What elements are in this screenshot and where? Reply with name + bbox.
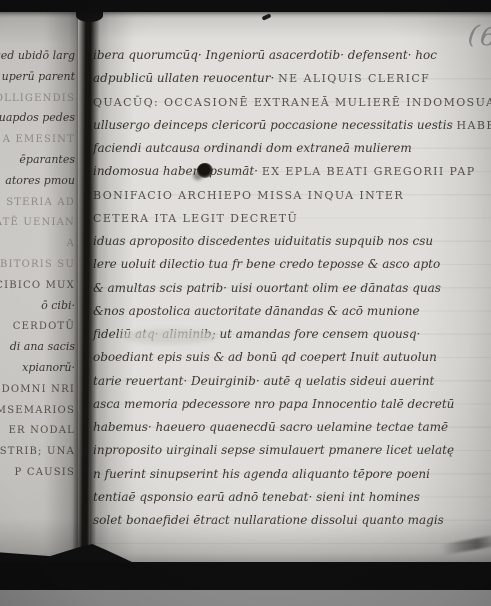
minuscule-text: faciendi autcausa ordinandi dom extraneā… bbox=[93, 141, 412, 155]
manuscript-line-text: xpianorū· bbox=[22, 356, 75, 379]
minuscule-text: & amultas scis patrib· uisi ouortant oli… bbox=[93, 281, 441, 295]
rubric-capitals-text: A EMESINT bbox=[3, 134, 75, 145]
manuscript-line: T CIBICO MUX bbox=[0, 273, 78, 294]
minuscule-text: atores pmou bbox=[5, 174, 75, 187]
right-page: ibera quorumcūq· Ingeniorū asacerdotib· … bbox=[90, 12, 491, 564]
manuscript-line: ibera quorumcūq· Ingeniorū asacerdotib· … bbox=[93, 42, 491, 65]
minuscule-text: ēparantes bbox=[19, 153, 75, 166]
minuscule-text: quapdos pedes bbox=[0, 111, 75, 124]
manuscript-line-text: sed ubidō larg bbox=[0, 44, 75, 67]
minuscule-text: habemus· haeuero quaenecdū sacro uelamin… bbox=[93, 420, 448, 434]
minuscule-text: asca memoria pdecessore nro papa Innocen… bbox=[93, 397, 454, 411]
manuscript-line: xpianorū· bbox=[0, 356, 78, 377]
minuscule-text: ullusergo deinceps clericorū poccasione … bbox=[93, 118, 457, 132]
rubric-capitals-text: BITORIS SU bbox=[0, 259, 75, 270]
left-page: sed ubidō larguperū parentOLLIGENDISquap… bbox=[0, 12, 78, 560]
manuscript-line: A bbox=[0, 231, 78, 252]
rubric-capitals-text: P CAUSIS bbox=[15, 467, 75, 478]
rubric-capitals-text: USTRIB; UNA bbox=[0, 446, 75, 457]
rubric-capitals-text: ER NODAL bbox=[9, 425, 75, 436]
minuscule-text: sed ubidō larg bbox=[0, 49, 75, 62]
manuscript-line: habemus· haeuero quaenecdū sacro uelamin… bbox=[93, 414, 491, 437]
manuscript-line-text: di ana sacis bbox=[10, 335, 75, 358]
manuscript-line: &nos apostolica auctoritate dānandas & a… bbox=[93, 298, 491, 321]
rubric-capitals-text: T CIBICO MUX bbox=[0, 280, 75, 291]
scan-bottom-gray-strip bbox=[0, 590, 491, 606]
minuscule-text: xpianorū· bbox=[22, 361, 75, 374]
rubric-capitals-text: STERIA AD bbox=[6, 197, 75, 208]
manuscript-line: BITORIS SU bbox=[0, 252, 78, 273]
manuscript-line: adpublicū ullaten reuocentur· NE ALIQUIS… bbox=[93, 65, 491, 88]
manuscript-line: ō cibi· bbox=[0, 294, 78, 315]
manuscript-line: CETERA ITA LEGIT DECRETŪ bbox=[93, 205, 491, 228]
minuscule-text: inproposito uirginali sepse simulauert p… bbox=[93, 443, 454, 457]
manuscript-line: OLLIGENDIS bbox=[0, 86, 78, 107]
rubric-capitals-text: DOMNI NRI bbox=[2, 384, 75, 395]
manuscript-line: A EMESINT bbox=[0, 127, 78, 148]
manuscript-line: iduas aproposito discedentes uiduitatis … bbox=[93, 228, 491, 251]
manuscript-line: indomosua habere psumāt· EX EPLA BEATI G… bbox=[93, 158, 491, 181]
manuscript-line: faciendi autcausa ordinandi dom extraneā… bbox=[93, 135, 491, 158]
minuscule-text: indomosua habere psumāt· bbox=[93, 164, 262, 178]
manuscript-line-text: quapdos pedes bbox=[0, 106, 75, 129]
manuscript-line: tarie reuertant· Deuirginib· autē q uela… bbox=[93, 368, 491, 391]
minuscule-text: n fuerint sinupserint his agenda aliquan… bbox=[93, 467, 430, 481]
manuscript-line: ER NODAL bbox=[0, 418, 78, 439]
manuscript-line: EMSEMARIOS bbox=[0, 398, 78, 419]
rubric-capitals-text: TATĒ UENIAN bbox=[0, 217, 75, 228]
minuscule-text: oboediant epis suis & ad bonū qd coepert… bbox=[93, 350, 437, 364]
manuscript-line-text: atores pmou bbox=[5, 169, 75, 192]
manuscript-line: DOMNI NRI bbox=[0, 377, 78, 398]
rubric-capitals-text: EMSEMARIOS bbox=[0, 405, 75, 416]
minuscule-text: solet bonaefidei ētract nullaratione dis… bbox=[93, 513, 444, 527]
rubric-capitals-text: QUACŪQ: OCCASIONĒ EXTRANEĀ MULIERĒ INDOM… bbox=[93, 96, 491, 109]
minuscule-text: tarie reuertant· Deuirginib· autē q uela… bbox=[93, 374, 434, 388]
manuscript-line: oboediant epis suis & ad bonū qd coepert… bbox=[93, 344, 491, 367]
rubric-capitals-text: NE ALIQUIS CLERICF bbox=[278, 72, 430, 85]
manuscript-line: TATĒ UENIAN bbox=[0, 210, 78, 231]
rubric-capitals-text: BONIFACIO ARCHIEPO MISSA INQUA INTER bbox=[93, 189, 404, 202]
manuscript-line: STERIA AD bbox=[0, 190, 78, 211]
manuscript-line-text: P CAUSIS bbox=[15, 460, 75, 484]
manuscript-line: USTRIB; UNA bbox=[0, 439, 78, 460]
ink-blot bbox=[197, 163, 213, 178]
manuscript-photo: sed ubidō larguperū parentOLLIGENDISquap… bbox=[0, 0, 491, 606]
manuscript-line-text: ēparantes bbox=[19, 148, 75, 171]
minuscule-text: ibera quorumcūq· Ingeniorū asacerdotib· … bbox=[93, 48, 437, 62]
rubric-capitals-text: CERDOTŪ bbox=[13, 321, 75, 332]
minuscule-text: uperū parent bbox=[2, 70, 75, 83]
manuscript-line: inproposito uirginali sepse simulauert p… bbox=[93, 437, 491, 460]
manuscript-line: & amultas scis patrib· uisi ouortant oli… bbox=[93, 275, 491, 298]
right-page-text-column: ibera quorumcūq· Ingeniorū asacerdotib· … bbox=[90, 12, 491, 530]
manuscript-line: di ana sacis bbox=[0, 335, 78, 356]
rubric-capitals-text: EX EPLA BEATI GREGORII PAP bbox=[262, 165, 476, 178]
scan-top-edge-band bbox=[0, 0, 491, 12]
manuscript-line: QUACŪQ: OCCASIONĒ EXTRANEĀ MULIERĒ INDOM… bbox=[93, 89, 491, 112]
minuscule-text: iduas aproposito discedentes uiduitatis … bbox=[93, 234, 433, 248]
manuscript-line: sed ubidō larg bbox=[0, 44, 78, 65]
manuscript-line: uperū parent bbox=[0, 65, 78, 86]
manuscript-line: ēparantes bbox=[0, 148, 78, 169]
minuscule-text: adpublicū ullaten reuocentur· bbox=[93, 71, 278, 85]
rubric-capitals-text: CETERA ITA LEGIT DECRETŪ bbox=[93, 212, 298, 225]
manuscript-line: P CAUSIS bbox=[0, 460, 78, 481]
manuscript-line: CERDOTŪ bbox=[0, 314, 78, 335]
rubric-capitals-text: HABEAT bbox=[457, 119, 491, 132]
pencil-folio-mark: (6 bbox=[466, 20, 491, 55]
manuscript-line-text: ō cibi· bbox=[41, 294, 75, 317]
manuscript-line: tentiaē qsponsio earū adnō tenebat· sien… bbox=[93, 484, 491, 507]
scan-bottom-edge-band bbox=[0, 562, 491, 590]
manuscript-line: quapdos pedes bbox=[0, 106, 78, 127]
manuscript-line: atores pmou bbox=[0, 169, 78, 190]
manuscript-line: ullusergo deinceps clericorū poccasione … bbox=[93, 112, 491, 135]
minuscule-text: ō cibi· bbox=[41, 299, 75, 312]
rubric-capitals-text: OLLIGENDIS bbox=[0, 93, 75, 104]
manuscript-line: BONIFACIO ARCHIEPO MISSA INQUA INTER bbox=[93, 182, 491, 205]
manuscript-line: solet bonaefidei ētract nullaratione dis… bbox=[93, 507, 491, 530]
erasure-smudge bbox=[120, 329, 218, 344]
minuscule-text: tentiaē qsponsio earū adnō tenebat· sien… bbox=[93, 490, 420, 504]
minuscule-text: di ana sacis bbox=[10, 340, 75, 353]
manuscript-line-text: uperū parent bbox=[2, 65, 75, 88]
minuscule-text: lere uoluit dilectio tua fr bene credo t… bbox=[93, 257, 440, 271]
manuscript-line: asca memoria pdecessore nro papa Innocen… bbox=[93, 391, 491, 414]
manuscript-line: lere uoluit dilectio tua fr bene credo t… bbox=[93, 251, 491, 274]
left-page-text-column: sed ubidō larguperū parentOLLIGENDISquap… bbox=[0, 12, 78, 481]
minuscule-text: &nos apostolica auctoritate dānandas & a… bbox=[93, 304, 420, 318]
manuscript-line: n fuerint sinupserint his agenda aliquan… bbox=[93, 461, 491, 484]
binding-gutter bbox=[72, 0, 100, 564]
